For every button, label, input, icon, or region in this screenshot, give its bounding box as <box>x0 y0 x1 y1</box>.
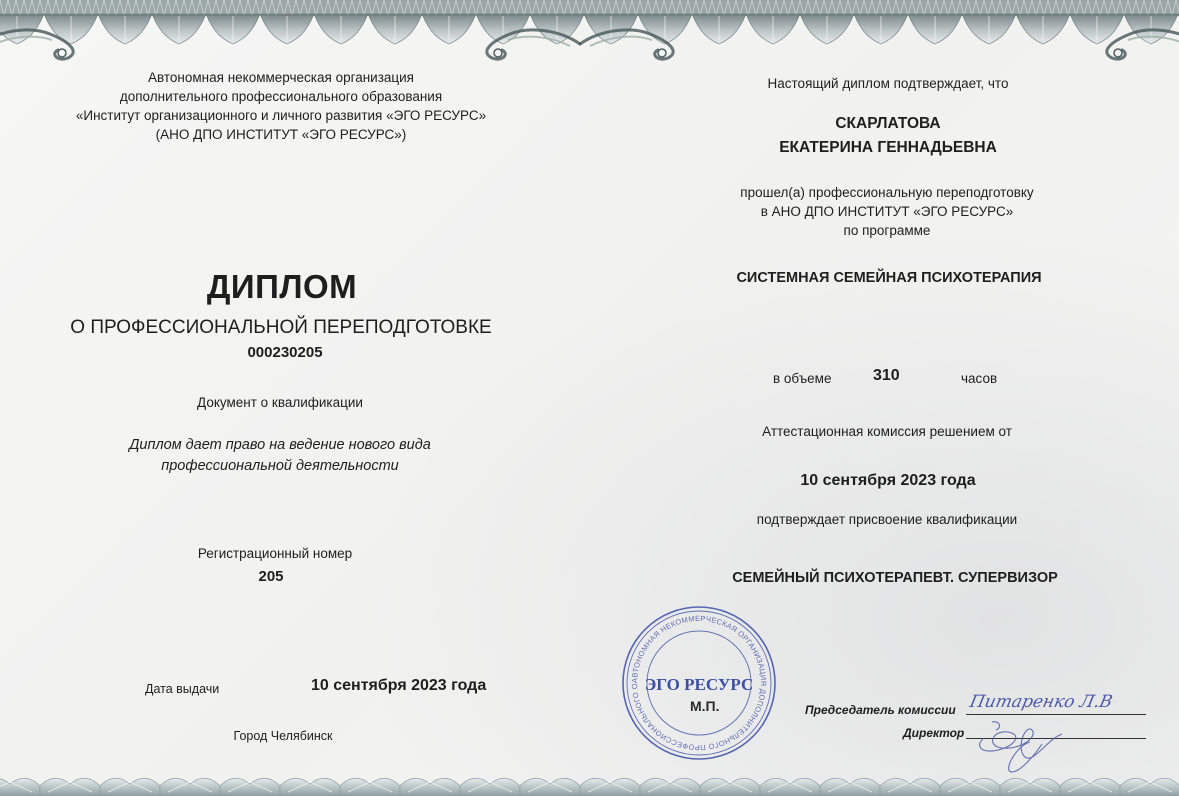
qualification-name: СЕМЕЙНЫЙ ПСИХОТЕРАПЕВТ. СУПЕРВИЗОР <box>732 570 1058 586</box>
document-type: Документ о квалификации <box>197 395 363 410</box>
training-line-1: прошел(а) профессиональную переподготовк… <box>740 183 1033 202</box>
training-text: прошел(а) профессиональную переподготовк… <box>740 183 1033 240</box>
registration-number: 205 <box>258 568 283 585</box>
diploma-subtitle: О ПРОФЕССИОНАЛЬНОЙ ПЕРЕПОДГОТОВКЕ <box>70 317 491 339</box>
org-line-1: Автономная некоммерческая организация <box>76 68 486 87</box>
training-line-3: по программе <box>740 221 1033 240</box>
commission-text: Аттестационная комиссия решением от <box>762 424 1012 439</box>
recipient-name: СКАРЛАТОВА ЕКАТЕРИНА ГЕННАДЬЕВНА <box>779 112 997 160</box>
training-line-2: в АНО ДПО ИНСТИТУТ «ЭГО РЕСУРС» <box>740 202 1033 221</box>
org-line-2: дополнительного профессионального образо… <box>76 87 486 106</box>
rights-line-2: профессиональной деятельности <box>129 456 431 477</box>
hours-unit: часов <box>961 371 997 386</box>
organization-stamp: АВТОНОМНАЯ НЕКОММЕРЧЕСКАЯ ОРГАНИЗАЦИЯ ДО… <box>620 600 778 766</box>
stamp-center-text: ЭГО РЕСУРС <box>645 675 754 694</box>
organization-name: Автономная некоммерческая организация до… <box>76 68 486 144</box>
org-line-3: «Институт организационного и личного раз… <box>76 106 486 125</box>
chairman-signature-line <box>966 714 1146 715</box>
volume-hours: 310 <box>873 367 900 385</box>
diploma-number: 000230205 <box>247 344 322 361</box>
recipient-surname: СКАРЛАТОВА <box>779 112 997 136</box>
city: Город Челябинск <box>234 729 333 743</box>
issue-date-label: Дата выдачи <box>145 682 219 696</box>
bottom-ornament-border <box>0 774 1179 796</box>
program-name: СИСТЕМНАЯ СЕМЕЙНАЯ ПСИХОТЕРАПИЯ <box>736 270 1041 286</box>
issue-date: 10 сентября 2023 года <box>311 677 486 695</box>
chairman-signature: Питаренко Л.В <box>968 692 1114 712</box>
diploma-title: ДИПЛОМ <box>207 268 357 306</box>
qualification-text: подтверждает присвоение квалификации <box>757 512 1017 527</box>
top-ornament-border <box>0 0 1179 62</box>
commission-date: 10 сентября 2023 года <box>800 472 975 490</box>
chairman-label: Председатель комиссии <box>805 703 956 717</box>
director-signature <box>972 716 1082 776</box>
rights-line-1: Диплом дает право на ведение нового вида <box>129 435 431 456</box>
stamp-place-mark: М.П. <box>690 698 720 714</box>
org-line-4: (АНО ДПО ИНСТИТУТ «ЭГО РЕСУРС») <box>76 125 486 144</box>
director-label: Директор <box>903 726 964 740</box>
registration-label: Регистрационный номер <box>198 546 352 561</box>
rights-text: Диплом дает право на ведение нового вида… <box>129 435 431 477</box>
recipient-given-names: ЕКАТЕРИНА ГЕННАДЬЕВНА <box>779 136 997 160</box>
confirms-text: Настоящий диплом подтверждает, что <box>768 76 1009 91</box>
volume-label: в объеме <box>773 371 831 386</box>
